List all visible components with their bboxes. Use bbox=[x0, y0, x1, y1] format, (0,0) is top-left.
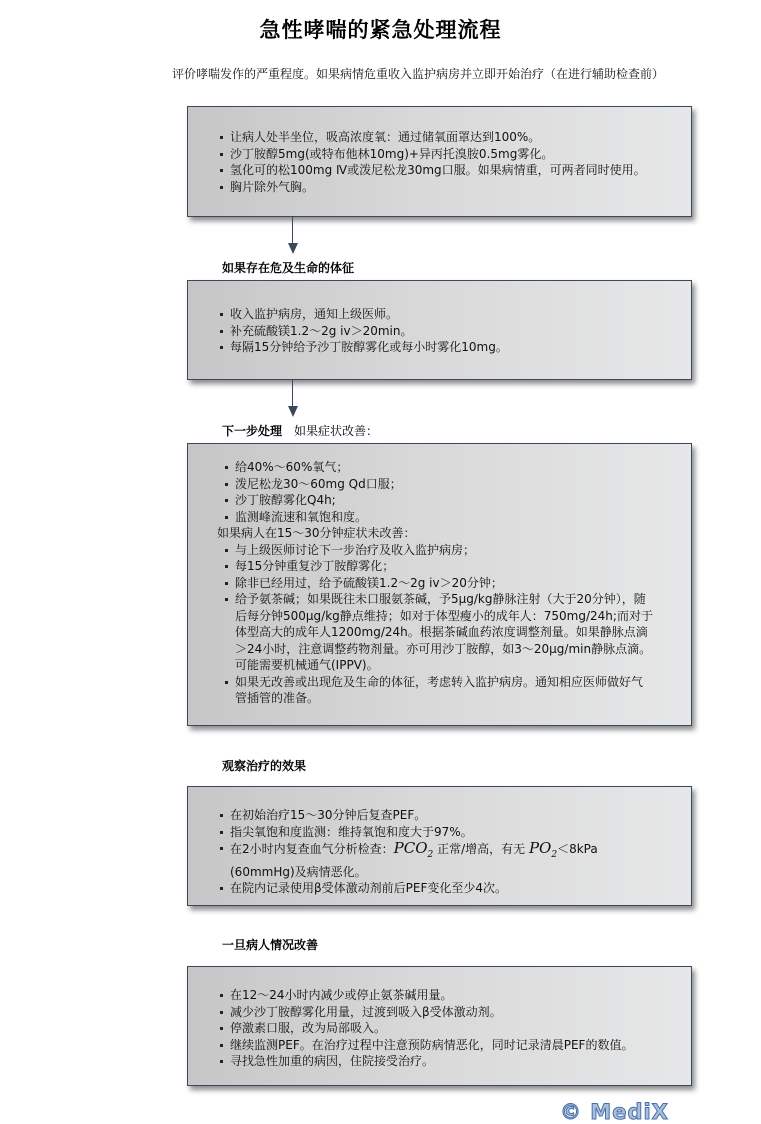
arrow-down-icon bbox=[288, 243, 298, 254]
list-item: 继续监测PEF。在治疗过程中注意预防病情恶化，同时记录清晨PEF的数值。 bbox=[218, 1037, 691, 1054]
intro-text: 评价哮喘发作的严重程度。如果病情危重收入监护病房并立即开始治疗（在进行辅助检查前… bbox=[172, 65, 664, 82]
initial-treatment-box: 让病人处半坐位，吸高浓度氧：通过储氧面罩达到100%。 沙丁胺醇5mg(或特布他… bbox=[187, 106, 692, 217]
list-item: 给予氨茶碱；如果既往未口服氨茶碱，予5μg/kg静脉注射（大于20分钟），随后每… bbox=[223, 591, 653, 674]
blood-gas-prefix: 在2小时内复查血气分析检查： bbox=[230, 842, 394, 856]
list-item: 每15分钟重复沙丁胺醇雾化； bbox=[223, 558, 653, 575]
next-step-box: 给40%～60%氧气； 泼尼松龙30～60mg Qd口服； 沙丁胺醇雾化Q4h;… bbox=[187, 443, 692, 726]
flow-connector-line bbox=[292, 380, 293, 406]
medix-watermark-logo: © MediX bbox=[560, 1100, 669, 1124]
life-threatening-list: 收入监护病房，通知上级医师。 补充硫酸镁1.2～2g iv＞20min。 每隔1… bbox=[218, 306, 691, 356]
list-item: 氢化可的松100mg Ⅳ或泼尼松龙30mg口服。如果病情重，可两者同时使用。 bbox=[218, 162, 691, 179]
improved-list: 给40%～60%氧气； 泼尼松龙30～60mg Qd口服； 沙丁胺醇雾化Q4h;… bbox=[223, 459, 691, 525]
life-threatening-box: 收入监护病房，通知上级医师。 补充硫酸镁1.2～2g iv＞20min。 每隔1… bbox=[187, 280, 692, 380]
arrow-down-icon bbox=[288, 406, 298, 417]
once-improved-box: 在12～24小时内减少或停止氨茶碱用量。 减少沙丁胺醇雾化用量，过渡到吸入β受体… bbox=[187, 966, 692, 1086]
list-item: 与上级医师讨论下一步治疗及收入监护病房； bbox=[223, 542, 653, 559]
blood-gas-mid: 正常/增高，有无 bbox=[433, 842, 529, 856]
section-heading-once-improved: 一旦病人情况改善 bbox=[222, 936, 318, 953]
list-item: 在12～24小时内减少或停止氨茶碱用量。 bbox=[218, 987, 691, 1004]
section-heading-next-step: 下一步处理如果症状改善： bbox=[222, 422, 378, 439]
if-improved-label: 如果症状改善： bbox=[294, 424, 378, 438]
not-improved-subheading: 如果病人在15～30分钟症状未改善： bbox=[217, 525, 691, 542]
list-item: 胸片除外气胸。 bbox=[218, 179, 691, 196]
list-item: 监测峰流速和氧饱和度。 bbox=[223, 509, 691, 526]
section-heading-life-threatening: 如果存在危及生命的体征 bbox=[222, 259, 354, 276]
list-item: 在2小时内复查血气分析检查：PCO2 正常/增高，有无 PO2＜8kPa (60… bbox=[218, 840, 630, 880]
list-item: 补充硫酸镁1.2～2g iv＞20min。 bbox=[218, 323, 691, 340]
next-step-label: 下一步处理 bbox=[222, 424, 282, 438]
list-item: 在初始治疗15～30分钟后复查PEF。 bbox=[218, 807, 691, 824]
pco2-formula: PCO2 bbox=[394, 839, 434, 857]
list-item: 收入监护病房，通知上级医师。 bbox=[218, 306, 691, 323]
list-item: 寻找急性加重的病因，住院接受治疗。 bbox=[218, 1053, 691, 1070]
not-improved-list: 与上级医师讨论下一步治疗及收入监护病房； 每15分钟重复沙丁胺醇雾化； 除非已经… bbox=[223, 542, 653, 707]
po2-formula: PO2 bbox=[529, 839, 557, 857]
list-item: 在院内记录使用β受体激动剂前后PEF变化至少4次。 bbox=[218, 880, 691, 897]
list-item: 泼尼松龙30～60mg Qd口服； bbox=[223, 476, 691, 493]
list-item: 每隔15分钟给予沙丁胺醇雾化或每小时雾化10mg。 bbox=[218, 339, 691, 356]
once-improved-list: 在12～24小时内减少或停止氨茶碱用量。 减少沙丁胺醇雾化用量，过渡到吸入β受体… bbox=[218, 987, 691, 1070]
list-item: 给40%～60%氧气； bbox=[223, 459, 691, 476]
list-item: 指尖氧饱和度监测：维持氧饱和度大于97%。 bbox=[218, 824, 691, 841]
list-item: 让病人处半坐位，吸高浓度氧：通过储氧面罩达到100%。 bbox=[218, 129, 691, 146]
flow-connector-line bbox=[292, 217, 293, 243]
list-item: 沙丁胺醇雾化Q4h; bbox=[223, 492, 691, 509]
page-title: 急性哮喘的紧急处理流程 bbox=[0, 14, 761, 44]
list-item: 停激素口服，改为局部吸入。 bbox=[218, 1020, 691, 1037]
observe-effect-list: 在初始治疗15～30分钟后复查PEF。 指尖氧饱和度监测：维持氧饱和度大于97%… bbox=[218, 807, 691, 897]
initial-treatment-list: 让病人处半坐位，吸高浓度氧：通过储氧面罩达到100%。 沙丁胺醇5mg(或特布他… bbox=[218, 129, 691, 195]
list-item: 除非已经用过，给予硫酸镁1.2～2g iv＞20分钟； bbox=[223, 575, 653, 592]
section-heading-observe-effect: 观察治疗的效果 bbox=[222, 757, 306, 774]
list-item: 减少沙丁胺醇雾化用量，过渡到吸入β受体激动剂。 bbox=[218, 1004, 691, 1021]
list-item: 沙丁胺醇5mg(或特布他林10mg)+异丙托溴胺0.5mg雾化。 bbox=[218, 146, 691, 163]
list-item: 如果无改善或出现危及生命的体征，考虑转入监护病房。通知相应医师做好气管插管的准备… bbox=[223, 674, 653, 707]
observe-effect-box: 在初始治疗15～30分钟后复查PEF。 指尖氧饱和度监测：维持氧饱和度大于97%… bbox=[187, 786, 692, 906]
